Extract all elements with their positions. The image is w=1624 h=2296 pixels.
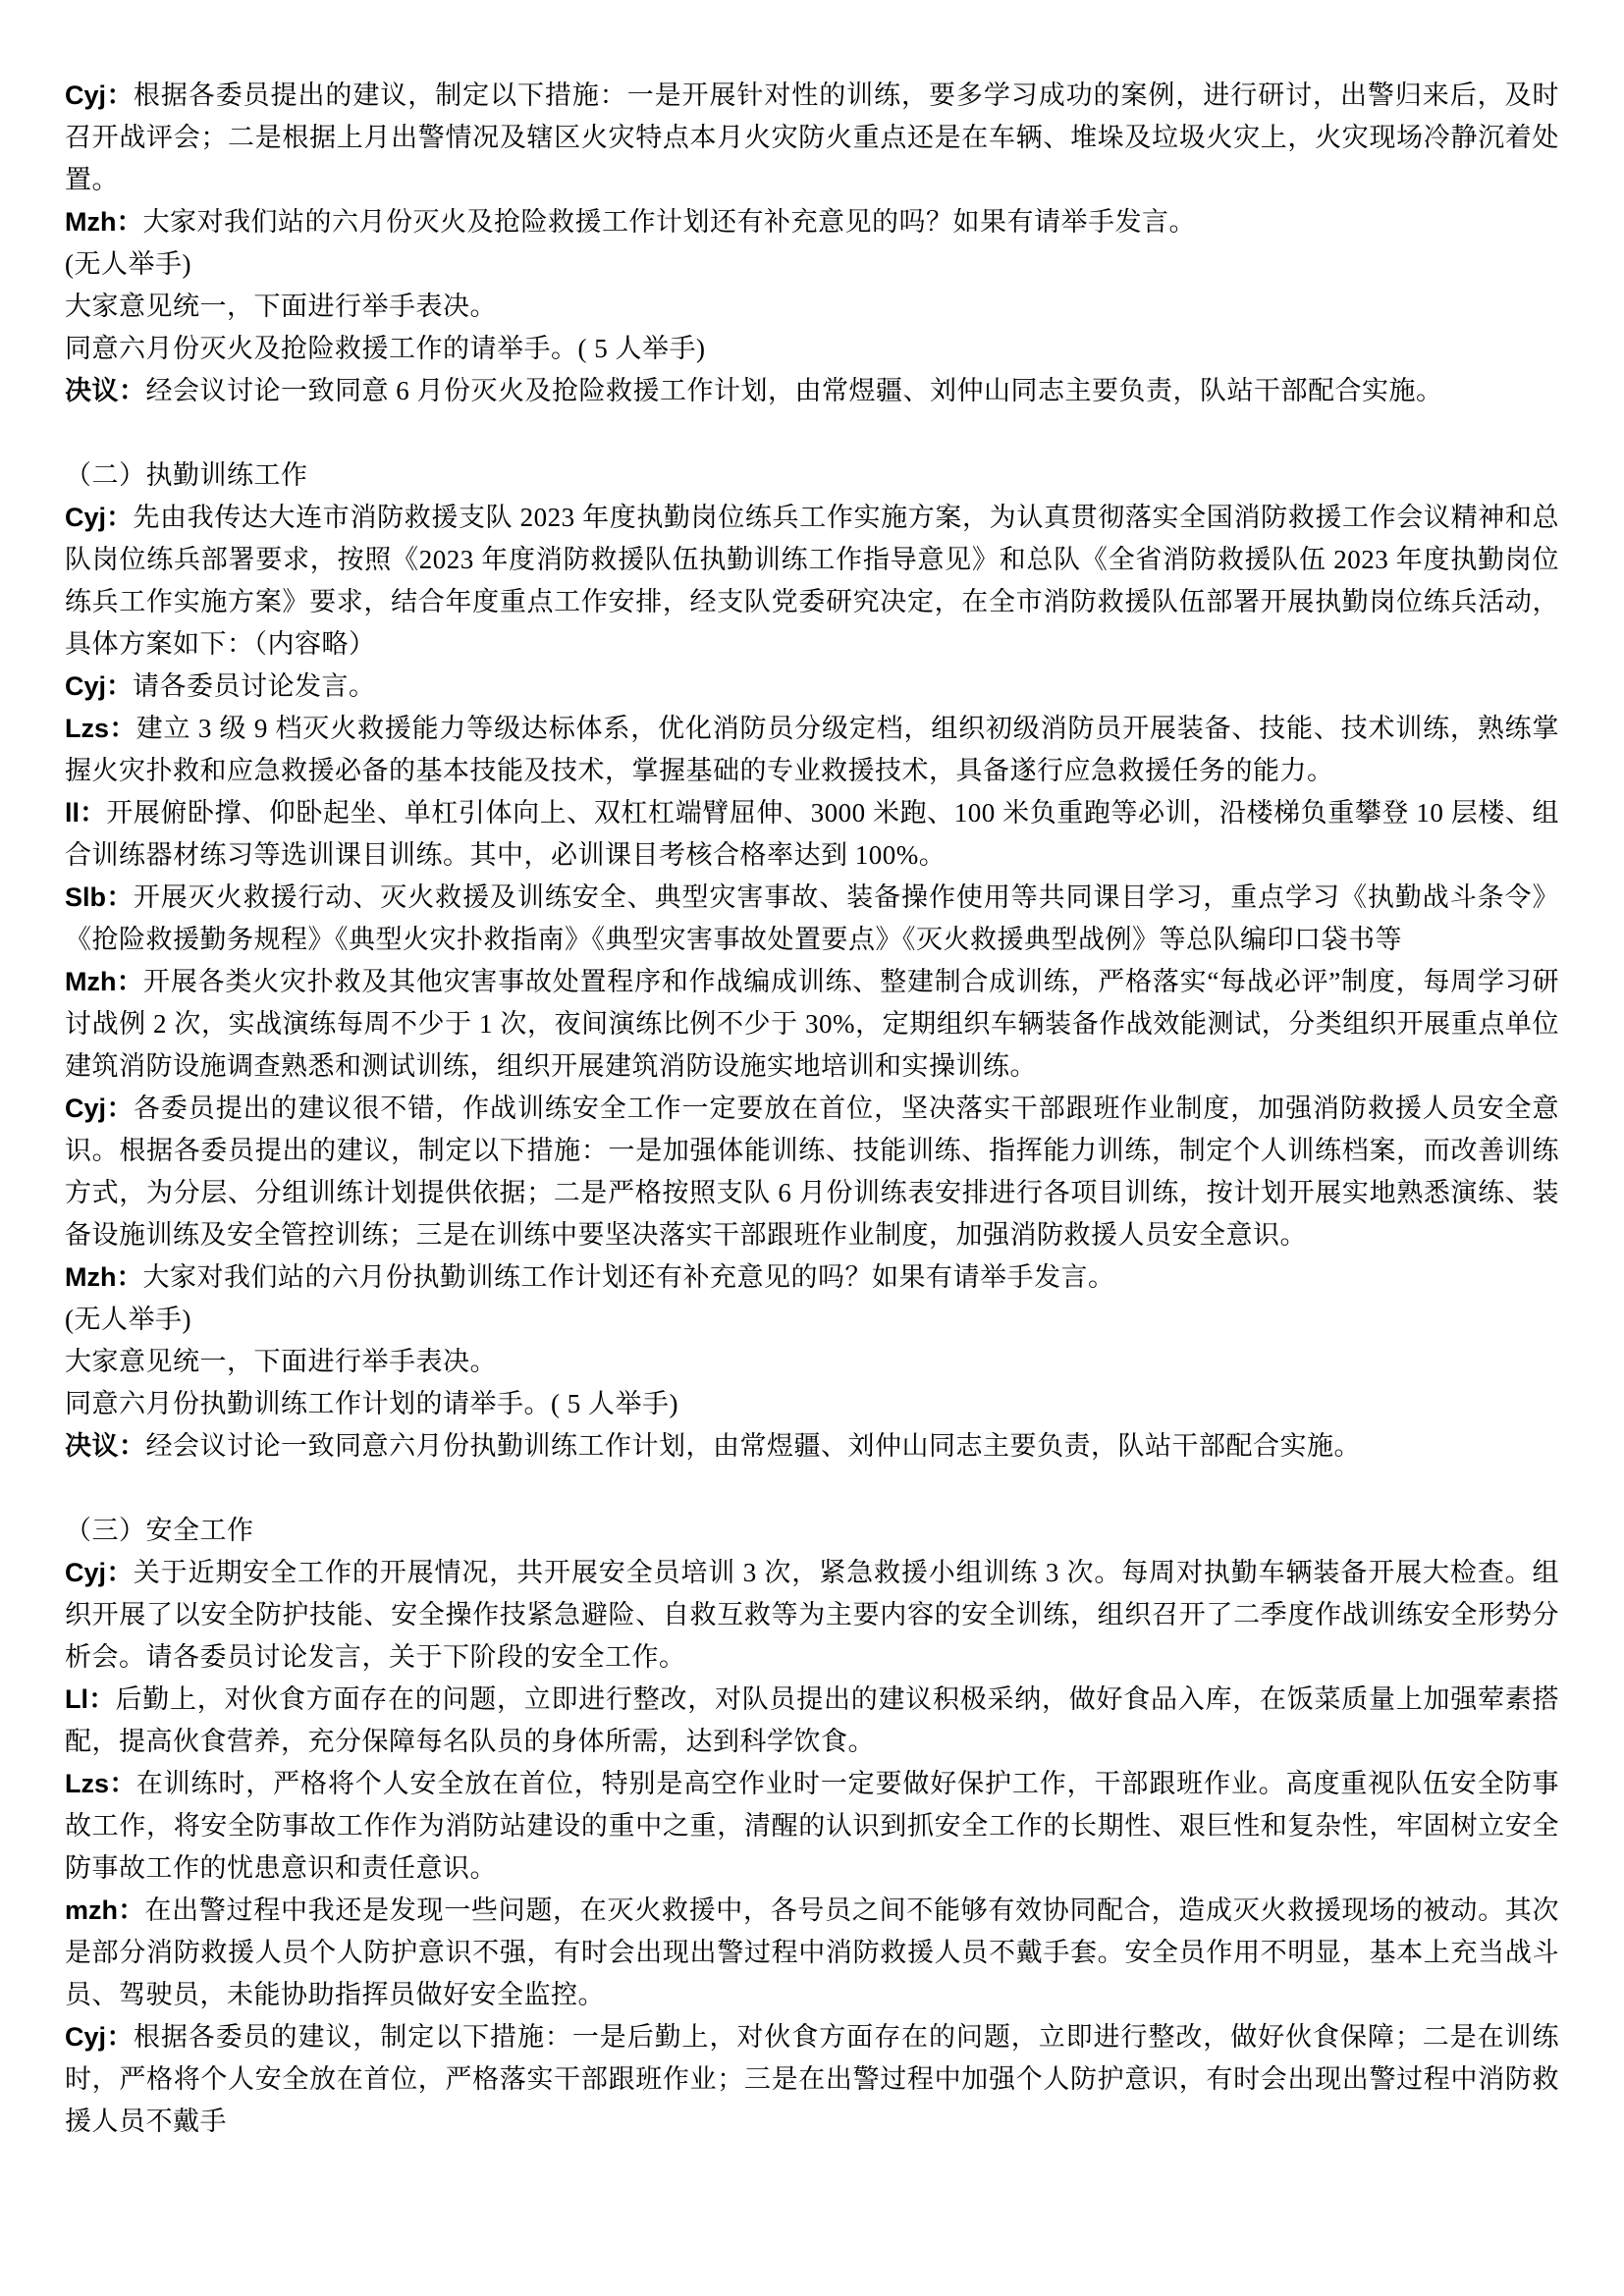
paragraph: Cyj：关于近期安全工作的开展情况，共开展安全员培训 3 次，紧急救援小组训练 … [65,1552,1559,1679]
paragraph-text: 根据各委员提出的建议，制定以下措施：一是开展针对性的训练，要多学习成功的案例，进… [65,80,1559,194]
paragraph-text: 开展灭火救援行动、灭火救援及训练安全、典型灾害事故、装备操作使用等共同课目学习，… [65,882,1559,954]
paragraph-text: 先由我传达大连市消防救援支队 2023 年度执勤岗位练兵工作实施方案，为认真贯彻… [65,503,1559,659]
paragraph-text: 请各委员讨论发言。 [133,671,376,701]
paragraph-text: 开展各类火灾扑救及其他灾害事故处置程序和作战编成训练、整建制合成训练，严格落实“… [65,967,1559,1081]
paragraph-text: 同意六月份执勤训练工作计划的请举手。( 5 人举手) [65,1389,678,1418]
section-heading-text: （二）执勤训练工作 [65,460,308,490]
speaker-label: Cyj： [65,1094,134,1123]
section-heading: （三）安全工作 [65,1510,1559,1552]
speaker-label: Cyj： [65,80,134,110]
speaker-label: ll： [65,798,106,828]
paragraph: Mzh：大家对我们站的六月份执勤训练工作计划还有补充意见的吗？如果有请举手发言。 [65,1256,1559,1299]
speaker-label: Slb： [65,882,134,912]
paragraph: Lzs：在训练时，严格将个人安全放在首位，特别是高空作业时一定要做好保护工作，干… [65,1763,1559,1890]
paragraph-text: 各委员提出的建议很不错，作战训练安全工作一定要放在首位，坚决落实干部跟班作业制度… [65,1094,1559,1250]
resolution-paragraph: 决议：经会议讨论一致同意 6 月份灭火及抢险救援工作计划，由常煜疆、刘仲山同志主… [65,370,1559,412]
paragraph: (无人举手) [65,243,1559,286]
paragraph-text: 大家意见统一，下面进行举手表决。 [65,292,497,321]
paragraph: Mzh：开展各类火灾扑救及其他灾害事故处置程序和作战编成训练、整建制合成训练，严… [65,961,1559,1088]
paragraph-text: 大家对我们站的六月份灭火及抢险救援工作计划还有补充意见的吗？如果有请举手发言。 [142,207,1196,237]
document-page: Cyj：根据各委员提出的建议，制定以下措施：一是开展针对性的训练，要多学习成功的… [0,0,1624,2296]
speaker-label: Cyj： [65,2022,134,2052]
speaker-label: Cyj： [65,671,133,701]
paragraph-text: 在出警过程中我还是发现一些问题，在灭火救援中，各号员之间不能够有效协同配合，造成… [65,1896,1559,2009]
paragraph: Ll：后勤上，对伙食方面存在的问题，立即进行整改，对队员提出的建议积极采纳，做好… [65,1679,1559,1763]
speaker-label: mzh： [65,1896,144,1925]
paragraph-text: 同意六月份灭火及抢险救援工作的请举手。( 5 人举手) [65,334,705,363]
paragraph-text: 在训练时，严格将个人安全放在首位，特别是高空作业时一定要做好保护工作，干部跟班作… [65,1769,1559,1883]
paragraph-text: 大家意见统一，下面进行举手表决。 [65,1347,497,1376]
speaker-label: Ll： [65,1684,116,1714]
speaker-label: Mzh： [65,967,143,996]
section-heading: （二）执勤训练工作 [65,454,1559,497]
resolution-label: 决议： [65,1431,146,1461]
paragraph-text: 后勤上，对伙食方面存在的问题，立即进行整改，对队员提出的建议积极采纳，做好食品入… [65,1684,1559,1756]
section-heading-text: （三）安全工作 [65,1516,254,1545]
paragraph: Cyj：根据各委员的建议，制定以下措施：一是后勤上，对伙食方面存在的问题，立即进… [65,2016,1559,2143]
speaker-label: Mzh： [65,207,142,237]
paragraph: 大家意见统一，下面进行举手表决。 [65,1341,1559,1383]
paragraph-text: 建立 3 级 9 档灭火救援能力等级达标体系，优化消防员分级定档，组织初级消防员… [65,714,1559,785]
paragraph: Lzs：建立 3 级 9 档灭火救援能力等级达标体系，优化消防员分级定档，组织初… [65,708,1559,792]
document-content: Cyj：根据各委员提出的建议，制定以下措施：一是开展针对性的训练，要多学习成功的… [65,75,1559,2143]
paragraph-text: 经会议讨论一致同意六月份执勤训练工作计划，由常煜疆、刘仲山同志主要负责，队站干部… [146,1431,1362,1461]
resolution-paragraph: 决议：经会议讨论一致同意六月份执勤训练工作计划，由常煜疆、刘仲山同志主要负责，队… [65,1425,1559,1468]
resolution-label: 决议： [65,376,146,405]
paragraph: 大家意见统一，下面进行举手表决。 [65,286,1559,328]
paragraph-text: (无人举手) [65,1305,191,1334]
speaker-label: Lzs： [65,714,136,743]
paragraph: 同意六月份执勤训练工作计划的请举手。( 5 人举手) [65,1383,1559,1425]
paragraph: mzh：在出警过程中我还是发现一些问题，在灭火救援中，各号员之间不能够有效协同配… [65,1890,1559,2016]
speaker-label: Cyj： [65,1558,134,1587]
paragraph: ll：开展俯卧撑、仰卧起坐、单杠引体向上、双杠杠端臂屈伸、3000 米跑、100… [65,792,1559,877]
speaker-label: Cyj： [65,503,133,532]
paragraph: Cyj：根据各委员提出的建议，制定以下措施：一是开展针对性的训练，要多学习成功的… [65,75,1559,201]
paragraph: Cyj：请各委员讨论发言。 [65,666,1559,708]
paragraph-text: 经会议讨论一致同意 6 月份灭火及抢险救援工作计划，由常煜疆、刘仲山同志主要负责… [146,376,1443,405]
paragraph-text: 大家对我们站的六月份执勤训练工作计划还有补充意见的吗？如果有请举手发言。 [142,1262,1114,1292]
paragraph: Slb：开展灭火救援行动、灭火救援及训练安全、典型灾害事故、装备操作使用等共同课… [65,877,1559,961]
speaker-label: Mzh： [65,1262,142,1292]
paragraph: 同意六月份灭火及抢险救援工作的请举手。( 5 人举手) [65,328,1559,370]
paragraph-text: 根据各委员的建议，制定以下措施：一是后勤上，对伙食方面存在的问题，立即进行整改，… [65,2022,1559,2136]
paragraph-text: 关于近期安全工作的开展情况，共开展安全员培训 3 次，紧急救援小组训练 3 次。… [65,1558,1559,1672]
speaker-label: Lzs： [65,1769,136,1798]
paragraph: Mzh：大家对我们站的六月份灭火及抢险救援工作计划还有补充意见的吗？如果有请举手… [65,201,1559,243]
paragraph-text: (无人举手) [65,249,191,279]
paragraph-text: 开展俯卧撑、仰卧起坐、单杠引体向上、双杠杠端臂屈伸、3000 米跑、100 米负… [65,798,1559,870]
paragraph: (无人举手) [65,1299,1559,1341]
paragraph: Cyj：先由我传达大连市消防救援支队 2023 年度执勤岗位练兵工作实施方案，为… [65,497,1559,666]
paragraph: Cyj：各委员提出的建议很不错，作战训练安全工作一定要放在首位，坚决落实干部跟班… [65,1088,1559,1256]
